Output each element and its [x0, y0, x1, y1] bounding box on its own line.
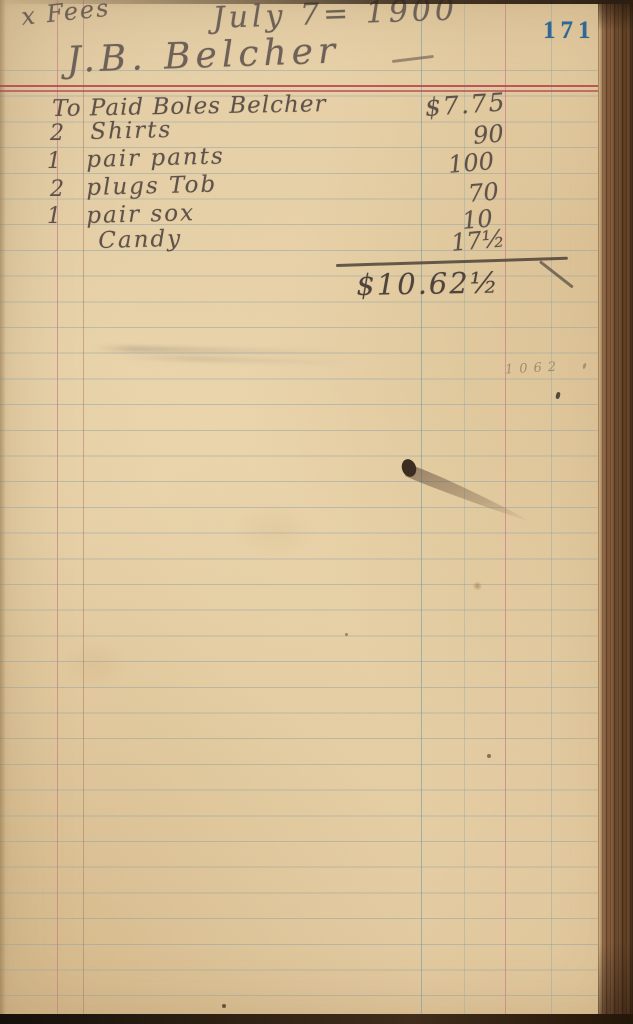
paper-speck — [345, 633, 348, 636]
item-qty: 1 — [47, 149, 61, 174]
page-number: 171 — [543, 17, 596, 45]
item-description: pair sox — [86, 200, 195, 229]
item-qty: 1 — [47, 204, 61, 229]
item-amount: 90 — [472, 119, 505, 150]
right-column-line-faint — [551, 0, 552, 1014]
faint-pencil-note: 1062 — [505, 360, 563, 378]
corner-annotation: x Fees — [20, 0, 112, 31]
item-description: Candy — [98, 226, 182, 254]
opening-entry-description: To Paid Boles Belcher — [52, 91, 327, 122]
total-amount: $10.62½ — [356, 265, 500, 302]
page-left-edge — [0, 0, 6, 1024]
book-binding-edge — [598, 0, 633, 1024]
stain-spot — [472, 582, 483, 590]
account-title-flourish — [392, 55, 434, 63]
item-qty: 2 — [50, 121, 64, 146]
header-rule-red-top — [0, 85, 602, 87]
book-top-edge — [0, 0, 633, 4]
item-description: Shirts — [90, 117, 173, 145]
item-description: pair pants — [86, 143, 225, 173]
book-bottom-edge — [0, 1014, 633, 1024]
opening-entry-amount: $7.75 — [424, 87, 507, 122]
paper-speck — [222, 1004, 226, 1008]
age-stain — [60, 640, 130, 690]
item-qty: 2 — [50, 177, 64, 202]
item-amount: 70 — [467, 177, 500, 208]
item-description: plugs Tob — [86, 172, 217, 201]
left-margin-line-inner — [83, 0, 84, 1014]
paper-speck — [487, 754, 491, 758]
item-amount: 100 — [447, 147, 495, 179]
age-stain — [230, 500, 320, 560]
item-amount: 17½ — [450, 224, 506, 257]
ink-smear — [398, 456, 543, 534]
ledger-page: x Fees July 7= 1900 171 J.B. Belcher To … — [0, 0, 633, 1024]
